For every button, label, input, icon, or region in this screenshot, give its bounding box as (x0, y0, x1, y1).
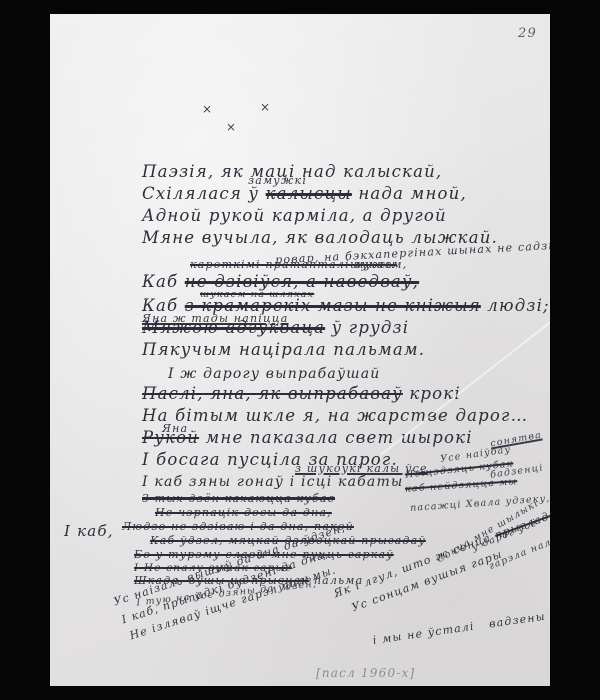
insertion-text: шукаем, (350, 258, 407, 271)
scan-backdrop: 29 × × × Паэзія, як маці над калыскай, з… (0, 0, 600, 700)
margin-note: І каб, (64, 522, 114, 540)
poem-line: На бітым шкле я, на жарстве дарог… (142, 406, 528, 425)
draft-line: і мы не ўсталі вадзены (372, 610, 547, 647)
manuscript-page: 29 × × × Паэзія, як маці над калыскай, з… (50, 14, 550, 686)
poem-line: Адной рукой карміла, а другой (142, 206, 447, 225)
struck-text: Рукой (142, 428, 199, 447)
struck-word: калысцы (266, 184, 352, 203)
poem-line: Мяжою адгукваца ў грудзі (142, 318, 409, 337)
cross-mark: × (202, 102, 213, 116)
date-annotation: [пасл 1960-х] (316, 666, 415, 680)
poem-line: Паслі, яна, як выпрабаваў крокі (142, 384, 461, 403)
poem-line: Пякучым націрала пальмам. (142, 340, 425, 359)
struck-line: З тых дзён кахаюцца кубас (142, 492, 335, 505)
struck-text: Мяжою адгукваца (142, 318, 325, 337)
poem-line: Рукой мне паказала свет шырокі (142, 428, 473, 447)
struck-line: Не чэрпацік досы да дна, (155, 506, 332, 519)
cross-mark: × (260, 100, 271, 114)
page-number: 29 (518, 26, 537, 41)
poem-line: Схілялася ў калысцы нада мной, (142, 184, 467, 203)
cross-mark: × (226, 120, 237, 134)
struck-text: Паслі, яна, як выпрабаваў (142, 384, 403, 403)
poem-line: І каб зяны гонаў і ісці кабаты (142, 474, 404, 490)
insertion-text: І ж дарогу выпрабаўшай (168, 366, 381, 382)
